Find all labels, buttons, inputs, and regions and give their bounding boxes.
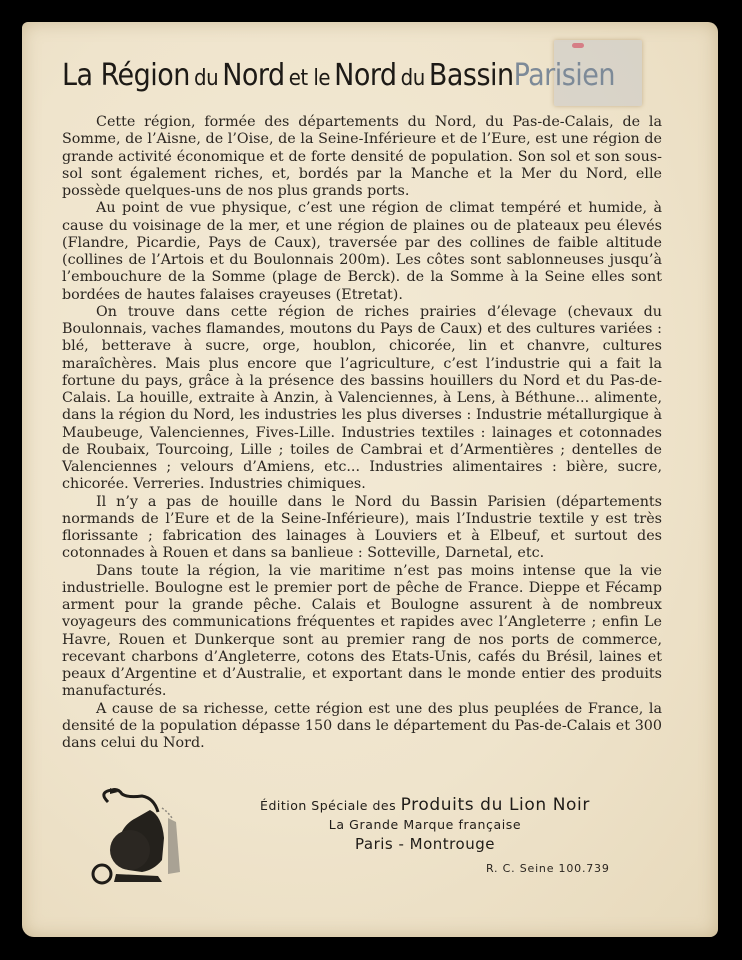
title-part: Nord — [222, 58, 284, 93]
location: Paris - Montrouge — [200, 835, 650, 853]
edition-prefix: Édition Spéciale des — [260, 798, 396, 813]
paragraph: A cause de sa richesse, cette région est… — [62, 701, 662, 753]
body-text: Cette région, formée des départements du… — [62, 114, 662, 752]
page-title: La Région du Nord et le Nord du BassinPa… — [62, 58, 682, 93]
lion-icon — [88, 782, 198, 890]
paragraph: Dans toute la région, la vie maritime n’… — [62, 563, 662, 701]
title-part: du — [401, 66, 425, 91]
title-part: du — [194, 66, 218, 91]
title-part: Nord — [334, 58, 396, 93]
publisher-block: Édition Spéciale des Produits du Lion No… — [200, 795, 650, 853]
brand-name: Produits du Lion Noir — [401, 795, 590, 815]
stamp-red-mark — [572, 43, 584, 48]
registration-number: R. C. Seine 100.739 — [486, 862, 610, 875]
paragraph: Cette région, formée des départements du… — [62, 114, 662, 200]
edition-line: Édition Spéciale des Produits du Lion No… — [200, 795, 650, 815]
title-part-faded: Parisien — [514, 58, 615, 93]
paragraph: Au point de vue physique, c’est une régi… — [62, 200, 662, 304]
title-part: et le — [289, 66, 330, 91]
title-part: Bassin — [429, 58, 514, 93]
title-part: La Région — [62, 58, 190, 93]
paragraph: On trouve dans cette région de riches pr… — [62, 304, 662, 494]
paragraph: Il n’y a pas de houille dans le Nord du … — [62, 494, 662, 563]
tagline: La Grande Marque française — [200, 817, 650, 832]
